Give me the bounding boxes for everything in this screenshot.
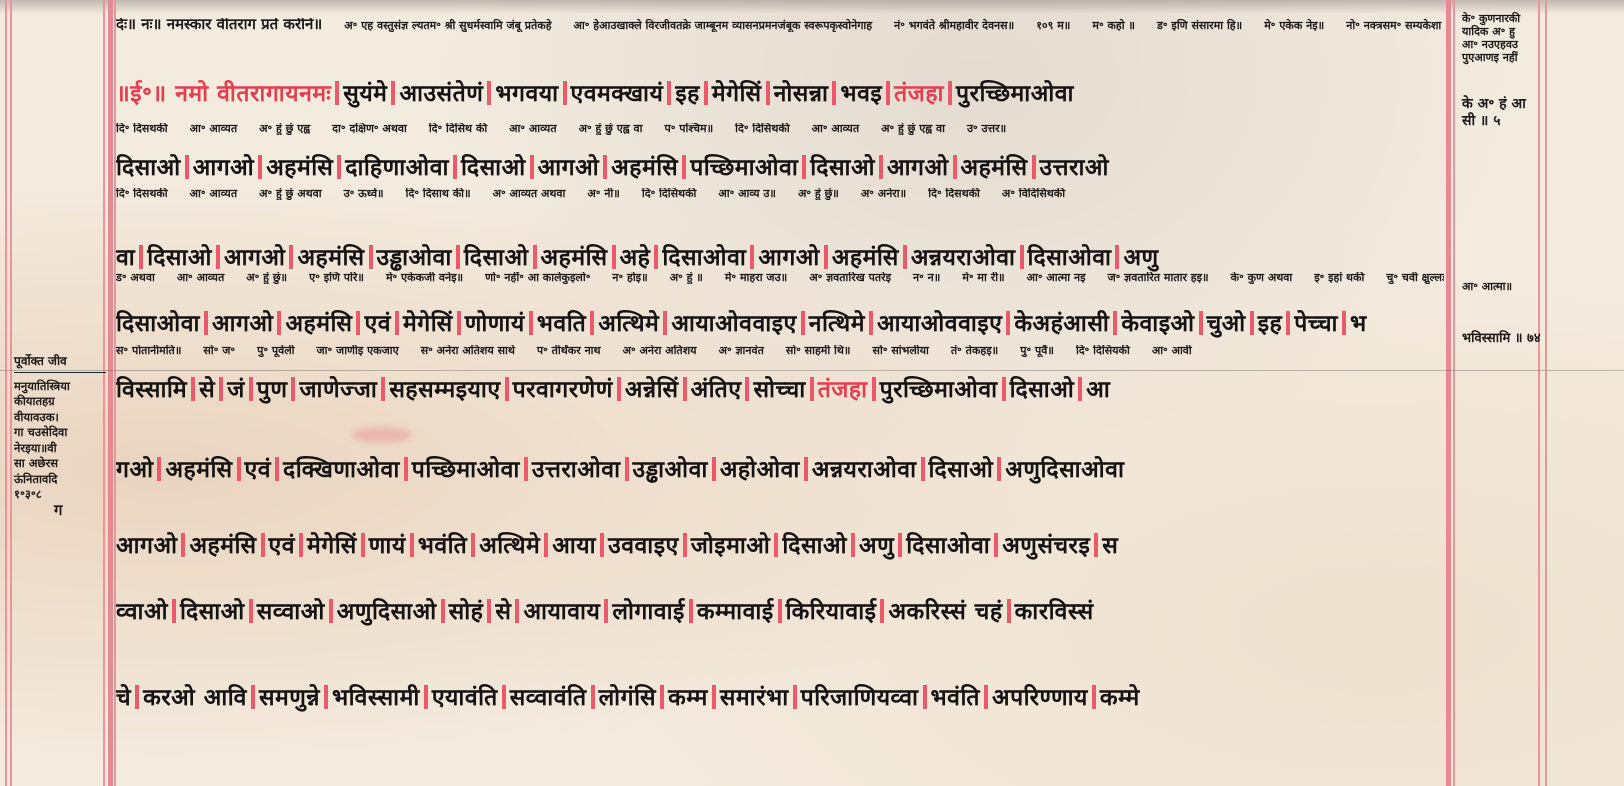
- word: सव्वाओ: [257, 599, 325, 625]
- gloss-entry: ड॰ इणि संसारमा हि॥: [1157, 19, 1242, 32]
- rubric-word: तंजहा: [818, 377, 868, 403]
- danda-mark: [1078, 377, 1082, 401]
- danda-mark: [356, 311, 360, 335]
- gloss-entry: अ॰ आव्यत अथवा: [493, 188, 566, 200]
- word: दक्खिणाओवा: [283, 457, 400, 483]
- word: आगओ: [887, 155, 948, 181]
- word: मेगेसिं: [307, 533, 357, 559]
- gloss-entry: आ॰ आव्यत: [812, 123, 859, 135]
- gloss-entry: अ॰ हुं छुं एह्व वा: [579, 123, 643, 135]
- margin-note-line: सा अछेरस: [14, 456, 106, 472]
- danda-mark: [774, 533, 778, 557]
- gloss-entry: अ॰ हुं छुं॥: [246, 272, 287, 284]
- word: केवाइओ: [1121, 311, 1194, 337]
- word: अहमंसि: [832, 245, 899, 271]
- margin-note-line: गा चउसेदिवा: [14, 425, 106, 441]
- word: से: [495, 599, 511, 625]
- word: दाहिणाओवा: [345, 155, 449, 181]
- gloss-entry: ड॰ अथवा: [116, 272, 155, 284]
- word: पच्छिमाओवा: [412, 457, 520, 483]
- word: कम्म: [668, 685, 708, 711]
- word: एवं: [245, 457, 272, 483]
- danda-mark: [778, 599, 782, 623]
- danda-mark: [802, 155, 806, 179]
- danda-mark: [804, 457, 808, 481]
- word: आ: [1086, 377, 1110, 403]
- text-line: वादिसाओआगओअहमंसिउड्ढाओवादिसाओअहमंसिअहेदि…: [116, 240, 1444, 272]
- danda-mark: [258, 155, 262, 179]
- danda-mark: [745, 377, 749, 401]
- word: आयाओववाइए: [671, 311, 796, 337]
- gloss-entry: नं॰ भगवंते श्रीमहावीर देवनस॥: [894, 19, 1014, 32]
- word: कम्मावाई: [697, 599, 774, 625]
- word: भ: [1350, 311, 1367, 337]
- word: लोगावाई: [612, 599, 685, 625]
- danda-mark: [654, 245, 658, 269]
- gloss-entry: अ॰ अनेरा॥: [861, 188, 906, 200]
- danda-mark: [181, 533, 185, 557]
- word: आया: [552, 533, 596, 559]
- danda-mark: [801, 311, 805, 335]
- danda-mark: [291, 377, 295, 401]
- danda-mark: [591, 685, 595, 709]
- gloss-entry: चु॰ चवी क्षुल्लड: [1386, 272, 1444, 284]
- word: अहमंसि: [266, 155, 333, 181]
- danda-mark: [457, 311, 461, 335]
- word: दिसाओ: [116, 155, 181, 181]
- word: समारंभा: [720, 685, 789, 711]
- danda-mark: [505, 377, 509, 401]
- interlinear-gloss: स॰ पोतानीमति॥सो॰ ज॰पु॰ पूर्वलीजा॰ जाणीइ …: [116, 345, 1444, 357]
- word: आयावाय: [523, 599, 600, 625]
- word: विस्सामि: [116, 377, 187, 403]
- danda-mark: [663, 311, 667, 335]
- word: अहमंसि: [285, 311, 352, 337]
- word: परवागरणेणं: [513, 377, 613, 403]
- word: वा: [116, 245, 135, 271]
- word: पुण: [257, 377, 288, 403]
- margin-note-line: कीयातहग्र: [14, 394, 106, 410]
- word: व्वाओ: [116, 599, 168, 625]
- right-text-rule: [1446, 0, 1451, 786]
- left-outer-rule: [5, 0, 7, 786]
- word: अहमंसि: [297, 245, 364, 271]
- word: आगओ: [193, 155, 254, 181]
- gloss-entry: न॰ न॥: [913, 272, 940, 284]
- danda-mark: [391, 81, 395, 105]
- margin-note-line: मनुयातिस्त्रिया: [14, 379, 106, 395]
- word: अत्थिमे: [598, 311, 659, 337]
- danda-mark: [1199, 311, 1203, 335]
- gloss-entry: दि॰ दिसिथ की: [429, 123, 487, 135]
- gloss-entry: आ॰ आव्यत: [190, 188, 237, 200]
- danda-mark: [261, 533, 265, 557]
- danda-mark: [471, 533, 475, 557]
- danda-mark: [994, 533, 998, 557]
- danda-mark: [324, 685, 328, 709]
- gloss-entry: आ॰ आव्य उ॥: [718, 188, 776, 200]
- margin-note-line: वीयावउक।: [14, 410, 106, 426]
- right-outer-rule-2: [1545, 0, 1547, 786]
- word: कारविस्सं: [1015, 599, 1094, 625]
- text-line: व्वाओदिसाओसव्वाओअणुदिसाओसोहंसेआयावायलोगा…: [116, 594, 1444, 626]
- word: णायं: [369, 533, 406, 559]
- word: भवति: [537, 311, 587, 337]
- word: अहमंसि: [961, 155, 1028, 181]
- word: सहसम्मइयाए: [389, 377, 500, 403]
- gloss-entry: मे॰ माहरा जउ॥: [725, 272, 787, 284]
- word: अन्नयराओवा: [812, 457, 917, 483]
- word: सोहं: [449, 599, 484, 625]
- gloss-entry: अ॰ हुं छुं एह्व वा: [881, 123, 945, 135]
- gloss-entry: इ॰ इहां थकी: [1314, 272, 1364, 284]
- danda-mark: [750, 245, 754, 269]
- danda-mark: [1032, 155, 1036, 179]
- gloss-entry: प॰ पश्चिम॥: [664, 123, 713, 135]
- gloss-entry: पु॰ पूर्वै॥: [1020, 345, 1054, 357]
- danda-mark: [529, 311, 533, 335]
- danda-mark: [533, 245, 537, 269]
- danda-mark: [563, 81, 567, 105]
- gloss-entry: दि॰ दिसथकी: [928, 188, 980, 200]
- danda-mark: [625, 457, 629, 481]
- danda-mark: [139, 245, 143, 269]
- gloss-entry: आ॰ आव्यत: [190, 123, 237, 135]
- gloss-entry: अ॰ हुं ॥: [670, 272, 703, 284]
- rubric-word: तंजहा: [894, 81, 944, 107]
- gloss-entry: न॰ होइ॥: [612, 272, 647, 284]
- word: सोच्चा: [753, 377, 805, 403]
- word: आगओ: [224, 245, 285, 271]
- word: दिसाओवा: [1028, 245, 1112, 271]
- word: करओ आवि: [143, 685, 247, 711]
- danda-mark: [502, 685, 506, 709]
- danda-mark: [612, 245, 616, 269]
- word: भवंति: [418, 533, 468, 559]
- right-text-rule-2: [1453, 0, 1455, 786]
- interlinear-gloss: दि॰ दिसथकीआ॰ आव्यतअ॰ हुं छुं अथवाउ॰ ऊर्ध…: [116, 188, 1444, 200]
- word: चे: [116, 685, 131, 711]
- gloss-entry: स॰ पोतानीमति॥: [116, 345, 181, 357]
- danda-mark: [172, 599, 176, 623]
- danda-mark: [984, 685, 988, 709]
- word: से: [199, 377, 215, 403]
- gloss-entry: नो॰ नक्त्रसम॰ सम्यकेशा नथ॥: [1346, 19, 1444, 32]
- gloss-entry: आ॰ हेआउखाक्ले विरजीवतक्रे जाम्बूनम व्यास…: [574, 19, 873, 32]
- margin-note-line: ऊंनितावदि: [14, 472, 106, 488]
- danda-mark: [544, 533, 548, 557]
- danda-mark: [337, 155, 341, 179]
- right-margin-note-1: के अ॰ हं आ सी ॥ ५: [1462, 96, 1542, 130]
- red-ink-stain: [352, 427, 412, 443]
- danda-mark: [1007, 599, 1011, 623]
- word: उड्ढाओवा: [633, 457, 708, 483]
- danda-mark: [487, 599, 491, 623]
- danda-mark: [185, 155, 189, 179]
- word: उत्तराओ: [1040, 155, 1109, 181]
- danda-mark: [704, 81, 708, 105]
- word: चुओ: [1207, 311, 1246, 337]
- right-margin-gloss: के॰ कुणनारकी यादिक अ॰ हु: [1462, 12, 1542, 38]
- word: अंतिए: [691, 377, 742, 403]
- word: उववाइए: [608, 533, 679, 559]
- word: कम्मे: [1100, 685, 1140, 711]
- text-line: दिसाओवाआगओअहमंसिएवंमेगेसिंणोणायंभवतिअत्थ…: [116, 306, 1444, 338]
- word: उड्ढाओवा: [377, 245, 452, 271]
- danda-mark: [923, 685, 927, 709]
- danda-mark: [456, 245, 460, 269]
- word: आउसंतेणं: [399, 81, 483, 107]
- word: गओ: [116, 457, 153, 483]
- danda-mark: [530, 155, 534, 179]
- word: अपरिण्णाय: [992, 685, 1088, 711]
- word: किरियावाई: [786, 599, 877, 625]
- word: दिसाओवा: [116, 311, 200, 337]
- word: दिसाओ: [461, 155, 526, 181]
- danda-mark: [1113, 311, 1117, 335]
- danda-mark: [329, 599, 333, 623]
- word: अहोओवा: [720, 457, 800, 483]
- danda-mark: [524, 457, 528, 481]
- danda-mark: [997, 457, 1001, 481]
- danda-mark: [921, 457, 925, 481]
- word: पच्छिमाओवा: [690, 155, 798, 181]
- gloss-entry: अ॰ हुं छुं॥: [798, 188, 839, 200]
- danda-mark: [251, 685, 255, 709]
- text-line: गओअहमंसिएवंदक्खिणाओवापच्छिमाओवाउत्तराओवा…: [116, 452, 1444, 484]
- interlinear-gloss: दि॰ दिसथकीआ॰ आव्यतअ॰ हुं छुं एह्वदा॰ दक्…: [116, 123, 1444, 135]
- danda-mark: [879, 155, 883, 179]
- word: दिसाओ: [810, 155, 875, 181]
- margin-note-line: ग: [14, 503, 106, 519]
- danda-mark: [410, 533, 414, 557]
- word: नोसन्ना: [774, 81, 829, 107]
- danda-mark: [395, 311, 399, 335]
- left-text-rule: [108, 0, 113, 786]
- gloss-entry: मे॰ मा री॥: [962, 272, 1004, 284]
- rubric-word: ॥ई॰॥ नमो वीतरागायनमः: [116, 81, 331, 107]
- danda-mark: [683, 533, 687, 557]
- word: अत्थिमे: [479, 533, 540, 559]
- danda-mark: [872, 377, 876, 401]
- danda-mark: [948, 81, 952, 105]
- word: अणुदिसाओ: [337, 599, 437, 625]
- right-margin-note-3: भविस्सामि ॥ ७४: [1462, 332, 1542, 345]
- word: अणुदिसाओवा: [1005, 457, 1124, 483]
- text-line: आगओअहमंसिएवंमेगेसिंणायंभवंतिअत्थिमेआयाउव…: [116, 528, 1444, 560]
- gloss-entry: दा॰ दक्षिण॰ अथवा: [332, 123, 407, 135]
- danda-mark: [219, 377, 223, 401]
- word: दिसाओ: [782, 533, 847, 559]
- gloss-entry: के॰ कुण अथवा: [1231, 272, 1293, 284]
- danda-mark: [515, 599, 519, 623]
- word: भवइ: [840, 81, 882, 107]
- gloss-entry: स॰ अनेरा अतिशय साथे: [421, 345, 515, 357]
- gloss-entry: आ॰ आव्यत: [509, 123, 556, 135]
- word: आगओ: [758, 245, 819, 271]
- gloss-entry: अ॰ विदिसिथकी: [1002, 188, 1065, 200]
- danda-mark: [249, 599, 253, 623]
- word: एयावंति: [432, 685, 498, 711]
- danda-mark: [689, 599, 693, 623]
- gloss-entry: अ॰ हुं छुं एह्व: [259, 123, 310, 135]
- fold-crease: [0, 370, 1624, 371]
- danda-mark: [886, 81, 890, 105]
- word: इह: [1258, 311, 1283, 337]
- gloss-entry: दि॰ दिसाथ की॥: [406, 188, 471, 200]
- danda-mark: [277, 311, 281, 335]
- danda-mark: [335, 81, 339, 105]
- word: परिजाणियव्वा: [801, 685, 919, 711]
- word: आयाओववाइए: [877, 311, 1002, 337]
- word: दिसाओ: [180, 599, 245, 625]
- danda-mark: [851, 533, 855, 557]
- gloss-entry: दि॰ दिसिथकी: [735, 123, 790, 135]
- text-line: चेकरओ आविसमणुन्नेभविस्सामीएयावंतिसव्वावं…: [116, 680, 1444, 712]
- gloss-entry: सो॰ ज॰: [203, 345, 235, 357]
- left-margin-note: पूर्वोक्त जीव मनुयातिस्त्रिया कीयातहग्र …: [14, 354, 106, 518]
- danda-mark: [381, 377, 385, 401]
- gloss-entry: आ॰ आव्यत: [177, 272, 224, 284]
- word: लोगंसि: [599, 685, 657, 711]
- danda-mark: [487, 81, 491, 105]
- gloss-entry: अ॰ ज्ञवतारिख पतरेइ: [809, 272, 891, 284]
- word: अहमंसि: [611, 155, 678, 181]
- gloss-entry: जा॰ जाणीइ एकजाए: [317, 345, 399, 357]
- word: अन्नेसिं: [625, 377, 679, 403]
- gloss-entry: आ॰ आवी: [1152, 345, 1192, 357]
- word: अहमंसि: [189, 533, 256, 559]
- right-margin-note-top: के॰ कुणनारकी यादिक अ॰ हु आ॰ नउएहवउ पुएआण…: [1462, 12, 1542, 64]
- word: जं: [227, 377, 245, 403]
- word: एवं: [269, 533, 296, 559]
- danda-mark: [682, 155, 686, 179]
- word: अणुसंचरइ: [1002, 533, 1090, 559]
- word: आगओ: [538, 155, 599, 181]
- danda-mark: [1006, 311, 1010, 335]
- danda-mark: [237, 457, 241, 481]
- catchword: भविस्सामि ॥ ७४: [1462, 331, 1541, 346]
- danda-mark: [361, 533, 365, 557]
- danda-mark: [135, 685, 139, 709]
- danda-mark: [275, 457, 279, 481]
- word: भगवया: [495, 81, 558, 107]
- word: अहमंसि: [165, 457, 232, 483]
- top-edge-shadow: [0, 0, 1624, 14]
- word: इह: [675, 81, 700, 107]
- word: सुयंमे: [343, 81, 387, 107]
- danda-mark: [604, 599, 608, 623]
- danda-mark: [157, 457, 161, 481]
- word: जोइमाओ: [691, 533, 771, 559]
- danda-mark: [824, 245, 828, 269]
- word: आगओ: [212, 311, 273, 337]
- word: दिसाओ: [929, 457, 994, 483]
- gloss-entry: अ॰ अनेरा अतिशय: [623, 345, 697, 357]
- word: अणु: [1123, 245, 1158, 271]
- danda-mark: [667, 81, 671, 105]
- word: भविस्सामी: [332, 685, 420, 711]
- gloss-entry: उ॰ ऊर्ध्व॥: [344, 188, 384, 200]
- word: मेगेसिं: [712, 81, 762, 107]
- danda-mark: [1250, 311, 1254, 335]
- word: दिसाओ: [1010, 377, 1075, 403]
- danda-mark: [289, 245, 293, 269]
- interlinear-gloss: ड॰ अथवाआ॰ आव्यतअ॰ हुं छुं॥ए॰ इणि परि॥मे॰…: [116, 272, 1444, 284]
- gloss-entry: दि॰ दिसथकी: [116, 188, 168, 200]
- margin-note-heading: पूर्वोक्त जीव: [14, 354, 106, 373]
- danda-mark: [712, 457, 716, 481]
- danda-mark: [441, 599, 445, 623]
- header-gloss: र्दः॥ नः॥ नमस्कार वीतराग प्रते करीने॥अ॰ …: [116, 18, 1444, 32]
- danda-mark: [1342, 311, 1346, 335]
- gloss-entry: अ॰ नी॥: [587, 188, 619, 200]
- danda-mark: [953, 155, 957, 179]
- danda-mark: [453, 155, 457, 179]
- word: पेच्चा: [1294, 311, 1338, 337]
- danda-mark: [766, 81, 770, 105]
- word: अकरिस्सं चहं: [888, 599, 1002, 625]
- gloss-entry: म॰ कहो ॥: [1092, 19, 1135, 32]
- gloss-entry: मे॰ एकेकजी वनेइ॥: [386, 272, 463, 284]
- left-outer-rule-2: [10, 0, 12, 786]
- text-line: दिसाओआगओअहमंसिदाहिणाओवादिसाओआगओअहमंसिपच्…: [116, 150, 1444, 182]
- gloss-entry: १०९ म॥: [1036, 19, 1070, 32]
- margin-note-line: नेरइया॥वी: [14, 441, 106, 457]
- right-margin-note-2: आ॰ आत्मा॥: [1462, 280, 1542, 293]
- gloss-entry: पु॰ पूर्वली: [257, 345, 294, 357]
- word: णोणायं: [465, 311, 525, 337]
- word: दिसाओवा: [906, 533, 990, 559]
- danda-mark: [869, 311, 873, 335]
- gloss-entry: दि॰ दिसथकी: [116, 123, 168, 135]
- gloss-entry: सो॰ सांभलीया: [873, 345, 929, 357]
- danda-mark: [903, 245, 907, 269]
- word: अहमंसि: [541, 245, 608, 271]
- word: नत्थिमे: [809, 311, 865, 337]
- danda-mark: [404, 457, 408, 481]
- danda-mark: [832, 81, 836, 105]
- gloss-entry: अ॰ ज्ञानवंत: [719, 345, 764, 357]
- gloss-entry: दि॰ दिसिथकी: [642, 188, 697, 200]
- right-margin-gloss: आ॰ नउएहवउ पुएआणइ नहीं: [1462, 38, 1542, 64]
- danda-mark: [683, 377, 687, 401]
- gloss-entry: आ॰ आत्मा नइ: [1027, 272, 1086, 284]
- word: पुरच्छिमाओवा: [956, 81, 1074, 107]
- word: एवं: [364, 311, 391, 337]
- danda-mark: [1094, 533, 1098, 557]
- gloss-entry: प॰ तीर्थंकर नाथ: [537, 345, 601, 357]
- danda-mark: [898, 533, 902, 557]
- gloss-entry: दि॰ दिसियकी: [1076, 345, 1130, 357]
- danda-mark: [424, 685, 428, 709]
- gloss-entry: अ॰ हुं छुं अथवा: [259, 188, 322, 200]
- danda-mark: [793, 685, 797, 709]
- gloss-entry: णो॰ नहीं॰ आ कालेकुइलो॰: [485, 272, 590, 284]
- danda-mark: [1020, 245, 1024, 269]
- danda-mark: [249, 377, 253, 401]
- gloss-entry: र्दः॥ नः॥ नमस्कार वीतराग प्रते करीने॥: [116, 18, 322, 32]
- word: दिसाओवा: [662, 245, 746, 271]
- word: केअहंआसी: [1014, 311, 1109, 337]
- word: दिसाओ: [147, 245, 212, 271]
- danda-mark: [660, 685, 664, 709]
- word: भवंति: [931, 685, 981, 711]
- word: जाणेज्जा: [299, 377, 377, 403]
- gloss-entry: उ॰ उत्तर॥: [967, 123, 1006, 135]
- word: दिसाओ: [464, 245, 529, 271]
- danda-mark: [1002, 377, 1006, 401]
